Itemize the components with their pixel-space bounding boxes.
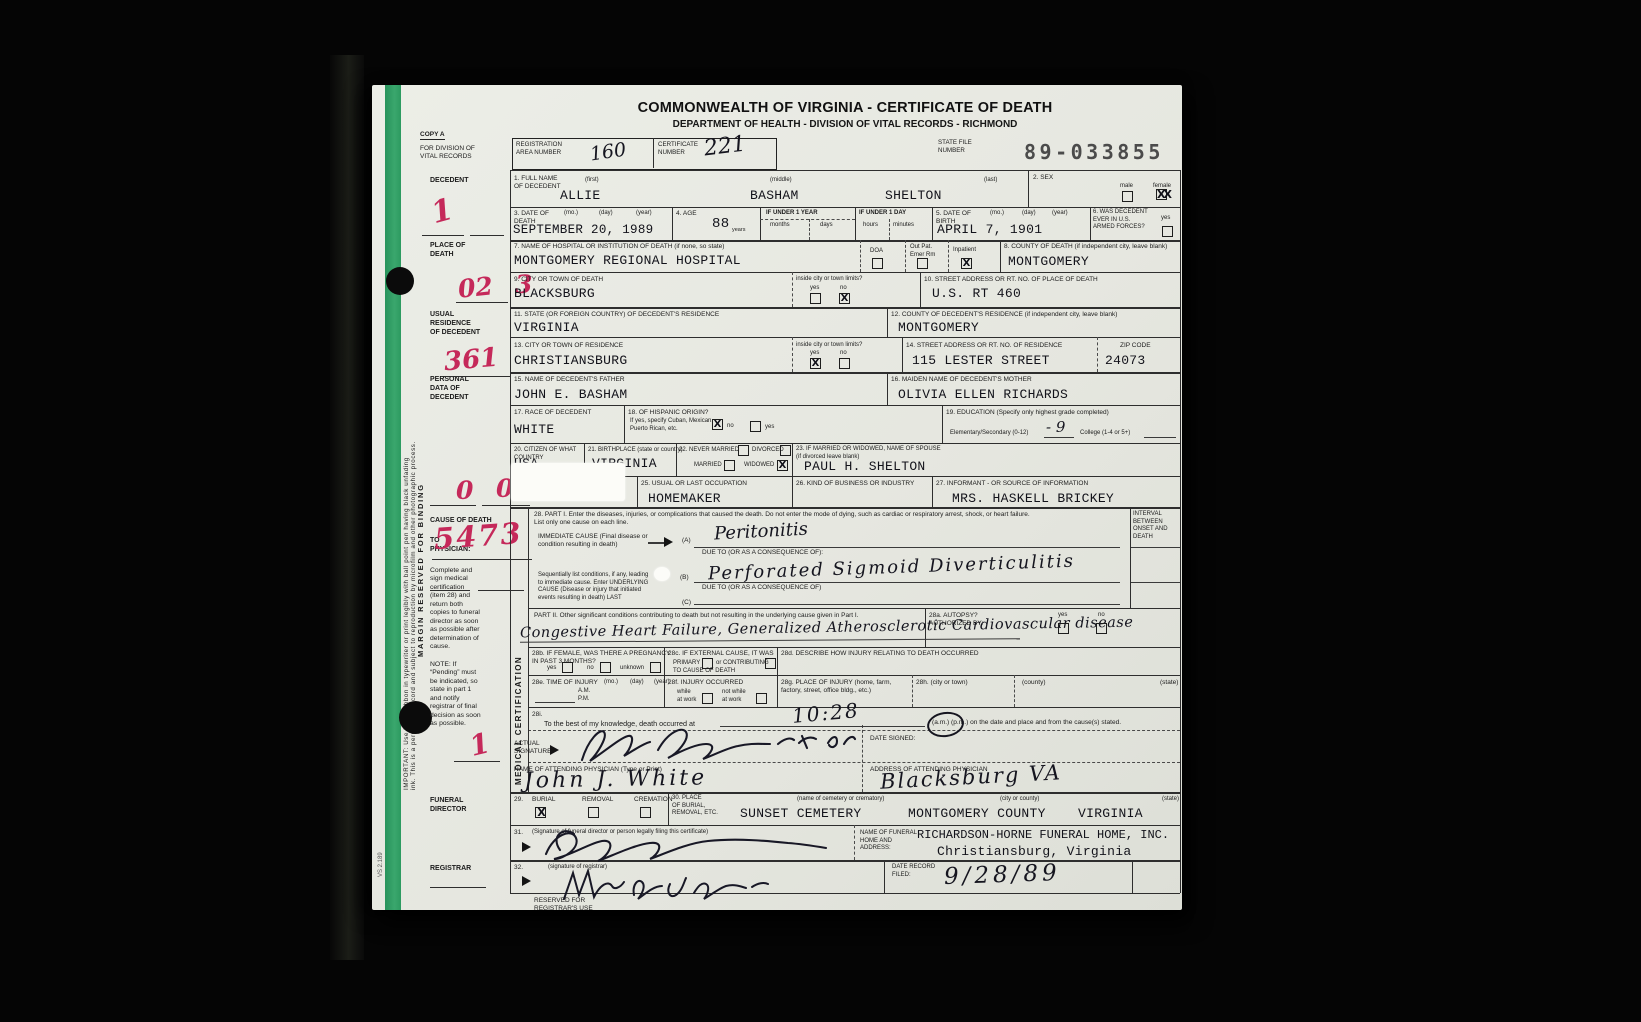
pregnancy-no-checkbox[interactable] <box>600 662 611 673</box>
months-hint: months <box>770 222 790 230</box>
armed-forces-yes-checkbox[interactable] <box>1162 226 1173 237</box>
state-file-label: STATE FILE NUMBER <box>938 139 972 155</box>
sequential-label: Sequentially list conditions, if any, le… <box>538 572 648 602</box>
informant-value: MRS. HASKELL BRICKEY <box>952 492 1114 506</box>
pregnancy-yes-label: yes <box>547 665 556 673</box>
rule <box>948 240 949 272</box>
rule <box>528 647 1180 648</box>
cremation-checkbox[interactable] <box>640 807 651 818</box>
residence-limits-yes-checkbox[interactable]: X <box>810 358 821 369</box>
outpat-checkbox[interactable] <box>917 258 928 269</box>
page-edge-shadow <box>330 55 364 960</box>
field28d-label: 28d. DESCRIBE HOW INJURY RELATING TO DEA… <box>781 650 979 658</box>
outpat-label: Out Pat. Emer Rm <box>910 244 935 259</box>
rule <box>648 542 664 544</box>
rule <box>456 302 508 303</box>
residence-street: 115 LESTER STREET <box>912 354 1050 368</box>
physician-name-value: John J. White <box>524 767 708 792</box>
field12-label: 12. COUNTY OF DECEDENT'S RESIDENCE (if i… <box>891 311 1117 319</box>
date-of-death: SEPTEMBER 20, 1989 <box>513 224 653 238</box>
funeral-home-city: Christiansburg, Virginia <box>937 845 1131 859</box>
whiteout-dot <box>654 567 670 581</box>
rule <box>694 547 1120 548</box>
line-b-hint: (B) <box>680 574 689 582</box>
signature-arrow-icon <box>522 842 531 852</box>
rule <box>430 505 476 506</box>
inpatient-label: Inpatient <box>953 247 976 255</box>
section-usual-residence: USUAL RESIDENCE OF DECEDENT <box>430 311 480 337</box>
field17-label: 17. RACE OF DECEDENT <box>514 409 591 417</box>
never-married-checkbox[interactable] <box>738 445 749 456</box>
county-of-death: MONTGOMERY <box>1008 255 1089 269</box>
rule <box>854 825 855 860</box>
education-value: - 9 <box>1046 420 1065 435</box>
date-signed-label: DATE SIGNED: <box>870 735 915 743</box>
residence-city: CHRISTIANSBURG <box>514 354 627 368</box>
red-code-1: 1 <box>428 195 456 229</box>
female-checkbox[interactable]: XX <box>1156 189 1167 200</box>
certificate-number-value: 221 <box>703 134 747 161</box>
field9-label: 9. CITY OR TOWN OF DEATH <box>514 276 603 284</box>
year-hint: (year) <box>1052 210 1068 218</box>
day-hint: (day) <box>599 210 613 218</box>
city-of-death: BLACKSBURG <box>514 287 595 301</box>
red-code-6: 1 <box>467 729 493 761</box>
never-married-label: 22. NEVER MARRIED <box>679 447 739 455</box>
limits-no-label: no <box>840 350 847 358</box>
rule <box>510 170 1180 171</box>
field8-label: 8. COUNTY OF DEATH (if independent city,… <box>1004 243 1167 251</box>
rule <box>777 647 778 675</box>
first-hint: (first) <box>585 177 599 185</box>
immediate-cause-value: Peritonitis <box>714 521 809 544</box>
certificate-number-label: CERTIFICATE NUMBER <box>658 141 698 157</box>
rule <box>653 138 654 168</box>
autopsy-no-label: no <box>1098 612 1105 620</box>
funeral-director-signature <box>536 826 836 864</box>
day-hint: (day) <box>630 679 644 687</box>
mo-hint: (mo.) <box>604 679 618 687</box>
rule <box>510 337 1180 338</box>
zip-label: ZIP CODE <box>1120 342 1151 350</box>
rule <box>510 170 511 893</box>
funeral-home-label: NAME OF FUNERAL HOME AND ADDRESS: <box>860 830 917 853</box>
rule <box>535 702 575 703</box>
rule <box>889 219 890 240</box>
rule <box>1131 582 1180 583</box>
pregnancy-yes-checkbox[interactable] <box>562 662 573 673</box>
signature-arrow-icon <box>522 876 531 886</box>
date-of-birth: APRIL 7, 1901 <box>937 223 1042 237</box>
zip-value: 24073 <box>1105 354 1146 368</box>
pending-note: NOTE: If “Pending” must be indicated, so… <box>430 661 512 729</box>
rule <box>809 219 810 240</box>
red-code-4a: 0 <box>456 478 473 503</box>
date-filed-value: 9/28/89 <box>944 862 1061 889</box>
field7-label: 7. NAME OF HOSPITAL OR INSTITUTION OF DE… <box>514 243 724 251</box>
limits-yes-label: yes <box>810 350 819 358</box>
not-while-at-work-label: not while at work <box>722 689 746 704</box>
day-hint: (day) <box>1022 210 1036 218</box>
rule <box>528 608 1180 609</box>
rule <box>510 443 1180 444</box>
rule <box>442 376 510 377</box>
field28f-label: 28f. INJURY OCCURRED <box>668 679 743 687</box>
autopsy-no-checkbox[interactable] <box>1096 623 1107 634</box>
field1-label: 1. FULL NAME OF DECEDENT <box>514 175 561 191</box>
doa-checkbox[interactable] <box>872 258 883 269</box>
rule <box>792 476 793 507</box>
registration-area-label: REGISTRATION AREA NUMBER <box>516 141 562 157</box>
cause-arrow-icon <box>664 537 673 547</box>
rule <box>422 235 464 236</box>
rule <box>510 207 1180 208</box>
physician-note: Complete and sign medical certification … <box>430 567 512 652</box>
college-label: College (1-4 or 5+) <box>1080 430 1130 438</box>
red-code-2a: 02 <box>457 273 494 302</box>
days-hint: days <box>820 222 833 230</box>
rule <box>1014 675 1015 707</box>
rule <box>510 372 1180 374</box>
removal-label: REMOVAL <box>582 796 613 804</box>
section-place-of-death: PLACE OF DEATH <box>430 242 465 260</box>
field13-label: 13. CITY OR TOWN OF RESIDENCE <box>514 342 623 350</box>
date-filed-label: DATE RECORD FILED: <box>892 864 935 879</box>
field28h-label: 28h. (city or town) <box>916 679 968 687</box>
rule <box>454 761 500 762</box>
part1-header: 28. PART I. Enter the diseases, injuries… <box>534 511 1094 527</box>
mo-hint: (mo.) <box>990 210 1004 218</box>
mother-maiden-name: OLIVIA ELLEN RICHARDS <box>898 388 1068 402</box>
registration-area-value: 160 <box>589 141 628 165</box>
rule <box>912 675 913 707</box>
pregnancy-unknown-label: unknown <box>620 665 644 673</box>
line-a-hint: (A) <box>682 537 691 545</box>
field10-label: 10. STREET ADDRESS OR RT. NO. OF PLACE O… <box>924 276 1098 284</box>
residence-limits-no-checkbox[interactable] <box>839 358 850 369</box>
margin-binding-text: MARGIN RESERVED FOR BINDING <box>416 483 425 657</box>
whiteout-blob <box>511 463 625 501</box>
limits-no-checkbox[interactable]: X <box>839 293 850 304</box>
rule <box>902 337 903 372</box>
widowed-label: WIDOWED <box>744 462 774 470</box>
rule <box>792 337 793 372</box>
not-while-at-work-checkbox[interactable] <box>756 693 767 704</box>
armed-forces-yes-label: yes <box>1161 215 1170 223</box>
red-code-3: 361 <box>443 345 499 376</box>
removal-checkbox[interactable] <box>588 807 599 818</box>
section-decedent: DECEDENT <box>430 177 469 186</box>
form-code: VS 2.189 <box>378 852 384 877</box>
rule <box>760 207 761 240</box>
section-personal-data: PERSONAL DATA OF DECEDENT <box>430 376 469 402</box>
rule <box>1144 437 1176 438</box>
rule <box>510 240 1180 242</box>
rule <box>760 219 855 220</box>
middle-hint: (middle) <box>770 177 792 185</box>
field28g-label: 28g. PLACE OF INJURY (home, farm, factor… <box>781 679 891 695</box>
limits-yes-label: yes <box>810 285 819 293</box>
actual-signature-label: ACTUAL SIGNATURE <box>514 740 551 756</box>
field14-label: 14. STREET ADDRESS OR RT. NO. OF RESIDEN… <box>906 342 1062 350</box>
burial-state-value: VIRGINIA <box>1078 807 1143 821</box>
rule <box>430 887 486 888</box>
death-certificate-scan: IMPORTANT: Use black ribbon in typewrite… <box>372 85 1182 910</box>
certificate-title: COMMONWEALTH OF VIRGINIA - CERTIFICATE O… <box>510 100 1180 116</box>
limits-label: inside city or town limits? <box>796 342 886 350</box>
field31-num: 31. <box>514 829 523 837</box>
field6-label: 6. WAS DECEDENT EVER IN U.S. ARMED FORCE… <box>1093 209 1159 232</box>
divorced-label: DIVORCED <box>752 447 784 455</box>
field26-label: 26. KIND OF BUSINESS OR INDUSTRY <box>796 480 914 488</box>
primary-label: PRIMARY <box>673 660 700 668</box>
pm-label: P.M. <box>578 696 590 704</box>
rule <box>887 372 888 405</box>
state-hint: (state) <box>1160 679 1178 687</box>
field32-num: 32. <box>514 864 523 872</box>
rule <box>860 240 861 272</box>
rule <box>932 476 933 507</box>
rule <box>1130 507 1131 608</box>
field29-num: 29. <box>514 796 523 804</box>
hispanic-no-checkbox[interactable]: X <box>712 419 723 430</box>
decedent-first-name: ALLIE <box>560 189 601 203</box>
section-funeral-director: FUNERAL DIRECTOR <box>430 797 466 815</box>
last-hint: (last) <box>984 177 997 185</box>
while-at-work-checkbox[interactable] <box>702 693 713 704</box>
cemetery-hint: (name of cemetery or crematory) <box>797 796 884 804</box>
rule <box>694 604 1120 605</box>
rule <box>430 590 470 591</box>
certificate-subtitle: DEPARTMENT OF HEALTH - DIVISION OF VITAL… <box>510 119 1180 130</box>
field28c-label: 28c. IF EXTERNAL CAUSE, IT WAS <box>668 650 774 658</box>
decedent-middle-name: BASHAM <box>750 189 799 203</box>
hospital-name: MONTGOMERY REGIONAL HOSPITAL <box>514 254 741 268</box>
doa-label: DOA <box>870 248 883 256</box>
limits-label: inside city or town limits? <box>796 276 886 284</box>
county-hint: (county) <box>1022 679 1045 687</box>
rule <box>792 443 793 476</box>
occupation-value: HOMEMAKER <box>648 492 721 506</box>
funeral-home-name: RICHARDSON-HORNE FUNERAL HOME, INC. <box>917 829 1169 842</box>
pregnancy-no-label: no <box>587 665 594 673</box>
state-hint: (state) <box>1162 796 1179 804</box>
street-of-death: U.S. RT 460 <box>932 287 1021 301</box>
widowed-checkbox[interactable]: X <box>777 460 788 471</box>
cremation-label: CREMATION <box>634 796 673 804</box>
rule <box>1097 337 1098 372</box>
decedent-last-name: SHELTON <box>885 189 942 203</box>
scanner-background: IMPORTANT: Use black ribbon in typewrite… <box>0 0 1641 1022</box>
elementary-label: Elementary/Secondary (0-12) <box>950 430 1028 438</box>
interval-label: INTERVAL BETWEEN ONSET AND DEATH <box>1133 511 1182 541</box>
section-registrar: REGISTRAR <box>430 865 471 874</box>
rule <box>510 507 1180 509</box>
field4-label: 4. AGE <box>676 210 697 218</box>
residence-county: MONTGOMERY <box>898 321 979 335</box>
field16-label: 16. MAIDEN NAME OF DECEDENT'S MOTHER <box>891 376 1032 384</box>
rule <box>1132 860 1133 893</box>
rule <box>855 207 856 240</box>
field28a-label: 28a. AUTOPSY? AUTHORIZED BY: <box>929 612 983 628</box>
rule <box>432 559 532 560</box>
rule <box>510 272 1180 273</box>
rule <box>672 207 673 240</box>
am-label: A.M. <box>578 688 590 696</box>
rule <box>510 792 1180 794</box>
field25-label: 25. USUAL OR LAST OCCUPATION <box>641 480 747 488</box>
inpatient-checkbox[interactable]: X <box>961 258 972 269</box>
rule <box>887 307 888 337</box>
field2-label: 2. SEX <box>1033 174 1053 182</box>
divorced-checkbox[interactable] <box>780 445 791 456</box>
field18-label: 18. OF HISPANIC ORIGIN? <box>628 409 708 417</box>
due-to-2-label: DUE TO (OR AS A CONSEQUENCE OF) <box>702 584 821 592</box>
minutes-hint: minutes <box>893 222 914 230</box>
rule <box>528 675 1180 676</box>
rule <box>510 405 1180 406</box>
autopsy-yes-label: yes <box>1058 612 1067 620</box>
immediate-cause-label: IMMEDIATE CAUSE (Final disease or condit… <box>538 533 648 549</box>
mo-hint: (mo.) <box>564 210 578 218</box>
under1year-label: IF UNDER 1 YEAR <box>766 210 818 218</box>
limits-yes-checkbox[interactable] <box>810 293 821 304</box>
race-value: WHITE <box>514 423 555 437</box>
rule <box>1000 240 1001 272</box>
rule <box>920 272 921 307</box>
rule <box>1090 207 1091 240</box>
due-to-1-label: DUE TO (OR AS A CONSEQUENCE OF): <box>702 549 823 557</box>
burial-label: BURIAL <box>532 796 555 804</box>
field28i-label: 28i. <box>532 711 542 719</box>
hole-punch <box>399 701 432 734</box>
father-name: JOHN E. BASHAM <box>514 388 627 402</box>
state-file-stamp: 89-033855 <box>1024 140 1164 164</box>
burial-checkbox[interactable]: X <box>535 807 546 818</box>
rule <box>637 476 638 507</box>
under1day-label: IF UNDER 1 DAY <box>859 210 906 218</box>
underlying-cause-value: Perforated Sigmoid Diverticulitis <box>708 553 1075 584</box>
ampm-circle-annotation <box>925 710 965 740</box>
rule <box>1044 437 1074 438</box>
rule <box>942 405 943 443</box>
hours-hint: hours <box>863 222 878 230</box>
while-at-work-label: while at work <box>677 689 696 704</box>
rule <box>470 235 504 236</box>
physician-signature <box>570 722 880 770</box>
rule <box>482 505 530 506</box>
city-county-hint: (city or county) <box>1000 796 1039 804</box>
pregnancy-unknown-checkbox[interactable] <box>650 662 661 673</box>
contributing-checkbox[interactable] <box>765 658 776 669</box>
rule <box>624 405 625 443</box>
hispanic-yes-checkbox[interactable] <box>750 421 761 432</box>
rule <box>792 272 793 307</box>
rule <box>932 207 933 240</box>
autopsy-yes-checkbox[interactable] <box>1058 623 1069 634</box>
to-cause-label: TO CAUSE OF DEATH <box>673 668 735 676</box>
rule <box>1131 547 1180 548</box>
signature-arrow-icon <box>550 745 559 755</box>
limits-no-label: no <box>840 285 847 293</box>
rule <box>694 582 1120 583</box>
rule <box>905 240 906 272</box>
male-label: male <box>1120 183 1133 191</box>
rule <box>1028 170 1029 207</box>
residence-state: VIRGINIA <box>514 321 579 335</box>
ampm-suffix-text: (a.m.) (p.m.) on the date and place and … <box>932 719 1178 727</box>
hispanic-yes-label: yes <box>765 424 774 432</box>
copy-label: COPY A <box>420 131 445 140</box>
reserved-label: RESERVED FOR REGISTRAR'S USE <box>534 897 593 910</box>
married-checkbox[interactable] <box>724 460 735 471</box>
field30-label: 30. PLACE OF BURIAL, REMOVAL, ETC. <box>672 795 718 818</box>
copy-for-label: FOR DIVISION OF VITAL RECORDS <box>420 145 475 161</box>
burial-city-value: MONTGOMERY COUNTY <box>908 807 1046 821</box>
cemetery-value: SUNSET CEMETERY <box>740 807 862 821</box>
binding-stripe <box>385 85 401 910</box>
registrar-signature <box>556 863 806 907</box>
married-label: MARRIED <box>694 462 722 470</box>
line-c-hint: (C) <box>682 599 691 607</box>
rule <box>777 675 778 707</box>
field11-label: 11. STATE (OR FOREIGN COUNTRY) OF DECEDE… <box>514 311 719 319</box>
age-value: 88 <box>712 217 729 232</box>
rule <box>478 590 524 591</box>
contributing-label: or CONTRIBUTING <box>716 660 769 668</box>
year-hint: (year) <box>636 210 652 218</box>
hispanic-no-label: no <box>727 423 734 431</box>
age-unit: years <box>732 227 745 234</box>
hole-punch <box>386 267 414 295</box>
male-checkbox[interactable] <box>1122 191 1133 202</box>
spouse-name: PAUL H. SHELTON <box>804 460 926 474</box>
field27-label: 27. INFORMANT - OR SOURCE OF INFORMATION <box>936 480 1088 488</box>
field15-label: 15. NAME OF DECEDENT'S FATHER <box>514 376 625 384</box>
rule <box>510 307 1180 309</box>
field19-label: 19. EDUCATION (Specify only highest grad… <box>946 409 1109 417</box>
field21-label: 21. BIRTHPLACE (state or country) <box>588 447 683 455</box>
field28e-label: 28e. TIME OF INJURY <box>532 679 598 687</box>
rule <box>884 860 885 893</box>
